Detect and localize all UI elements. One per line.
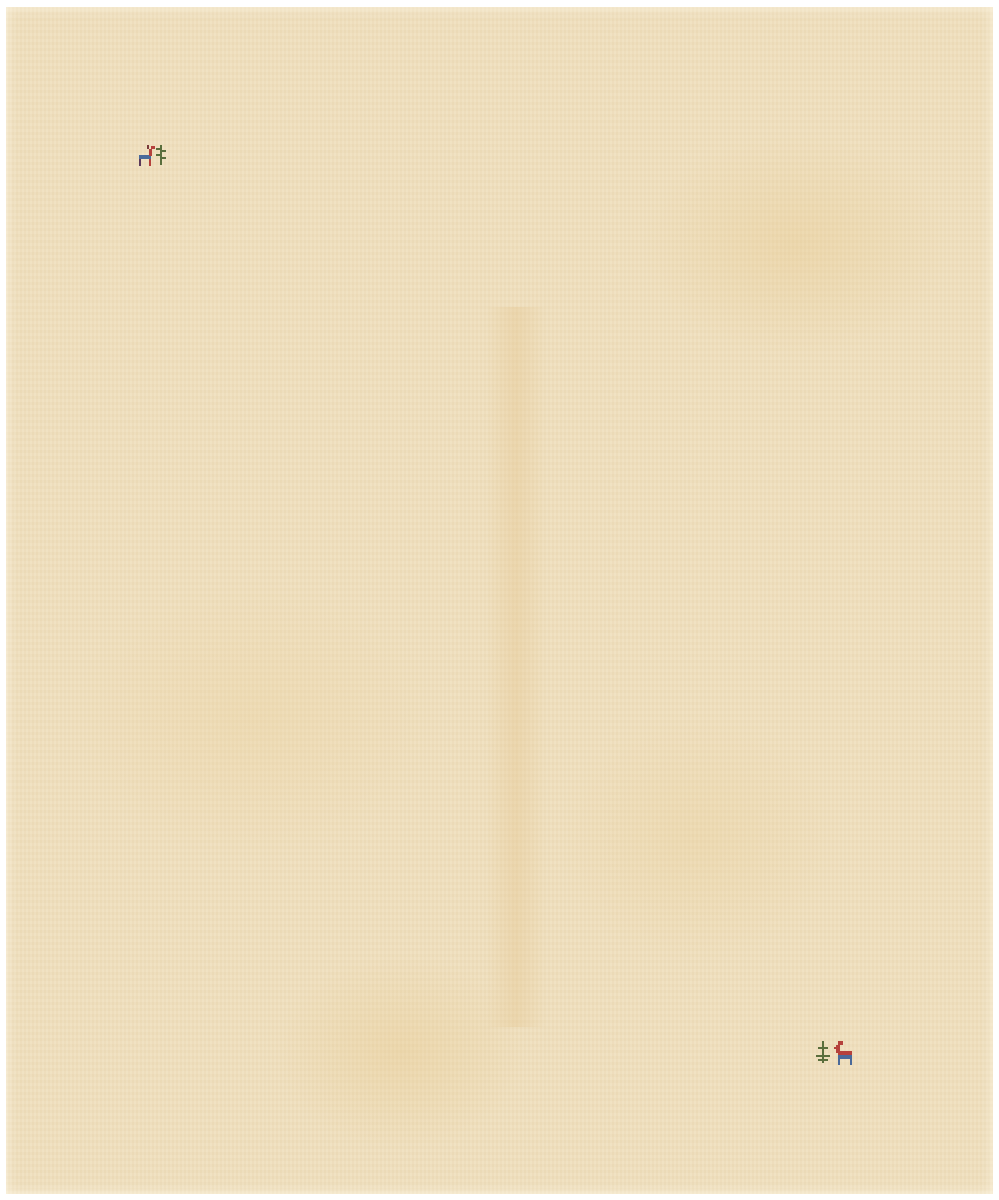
tree-animal-motif-bottom-right [814,1035,864,1069]
rug [6,7,993,1194]
animal-tree-motif-top-left [137,141,173,169]
abrash-seam [486,307,546,1027]
